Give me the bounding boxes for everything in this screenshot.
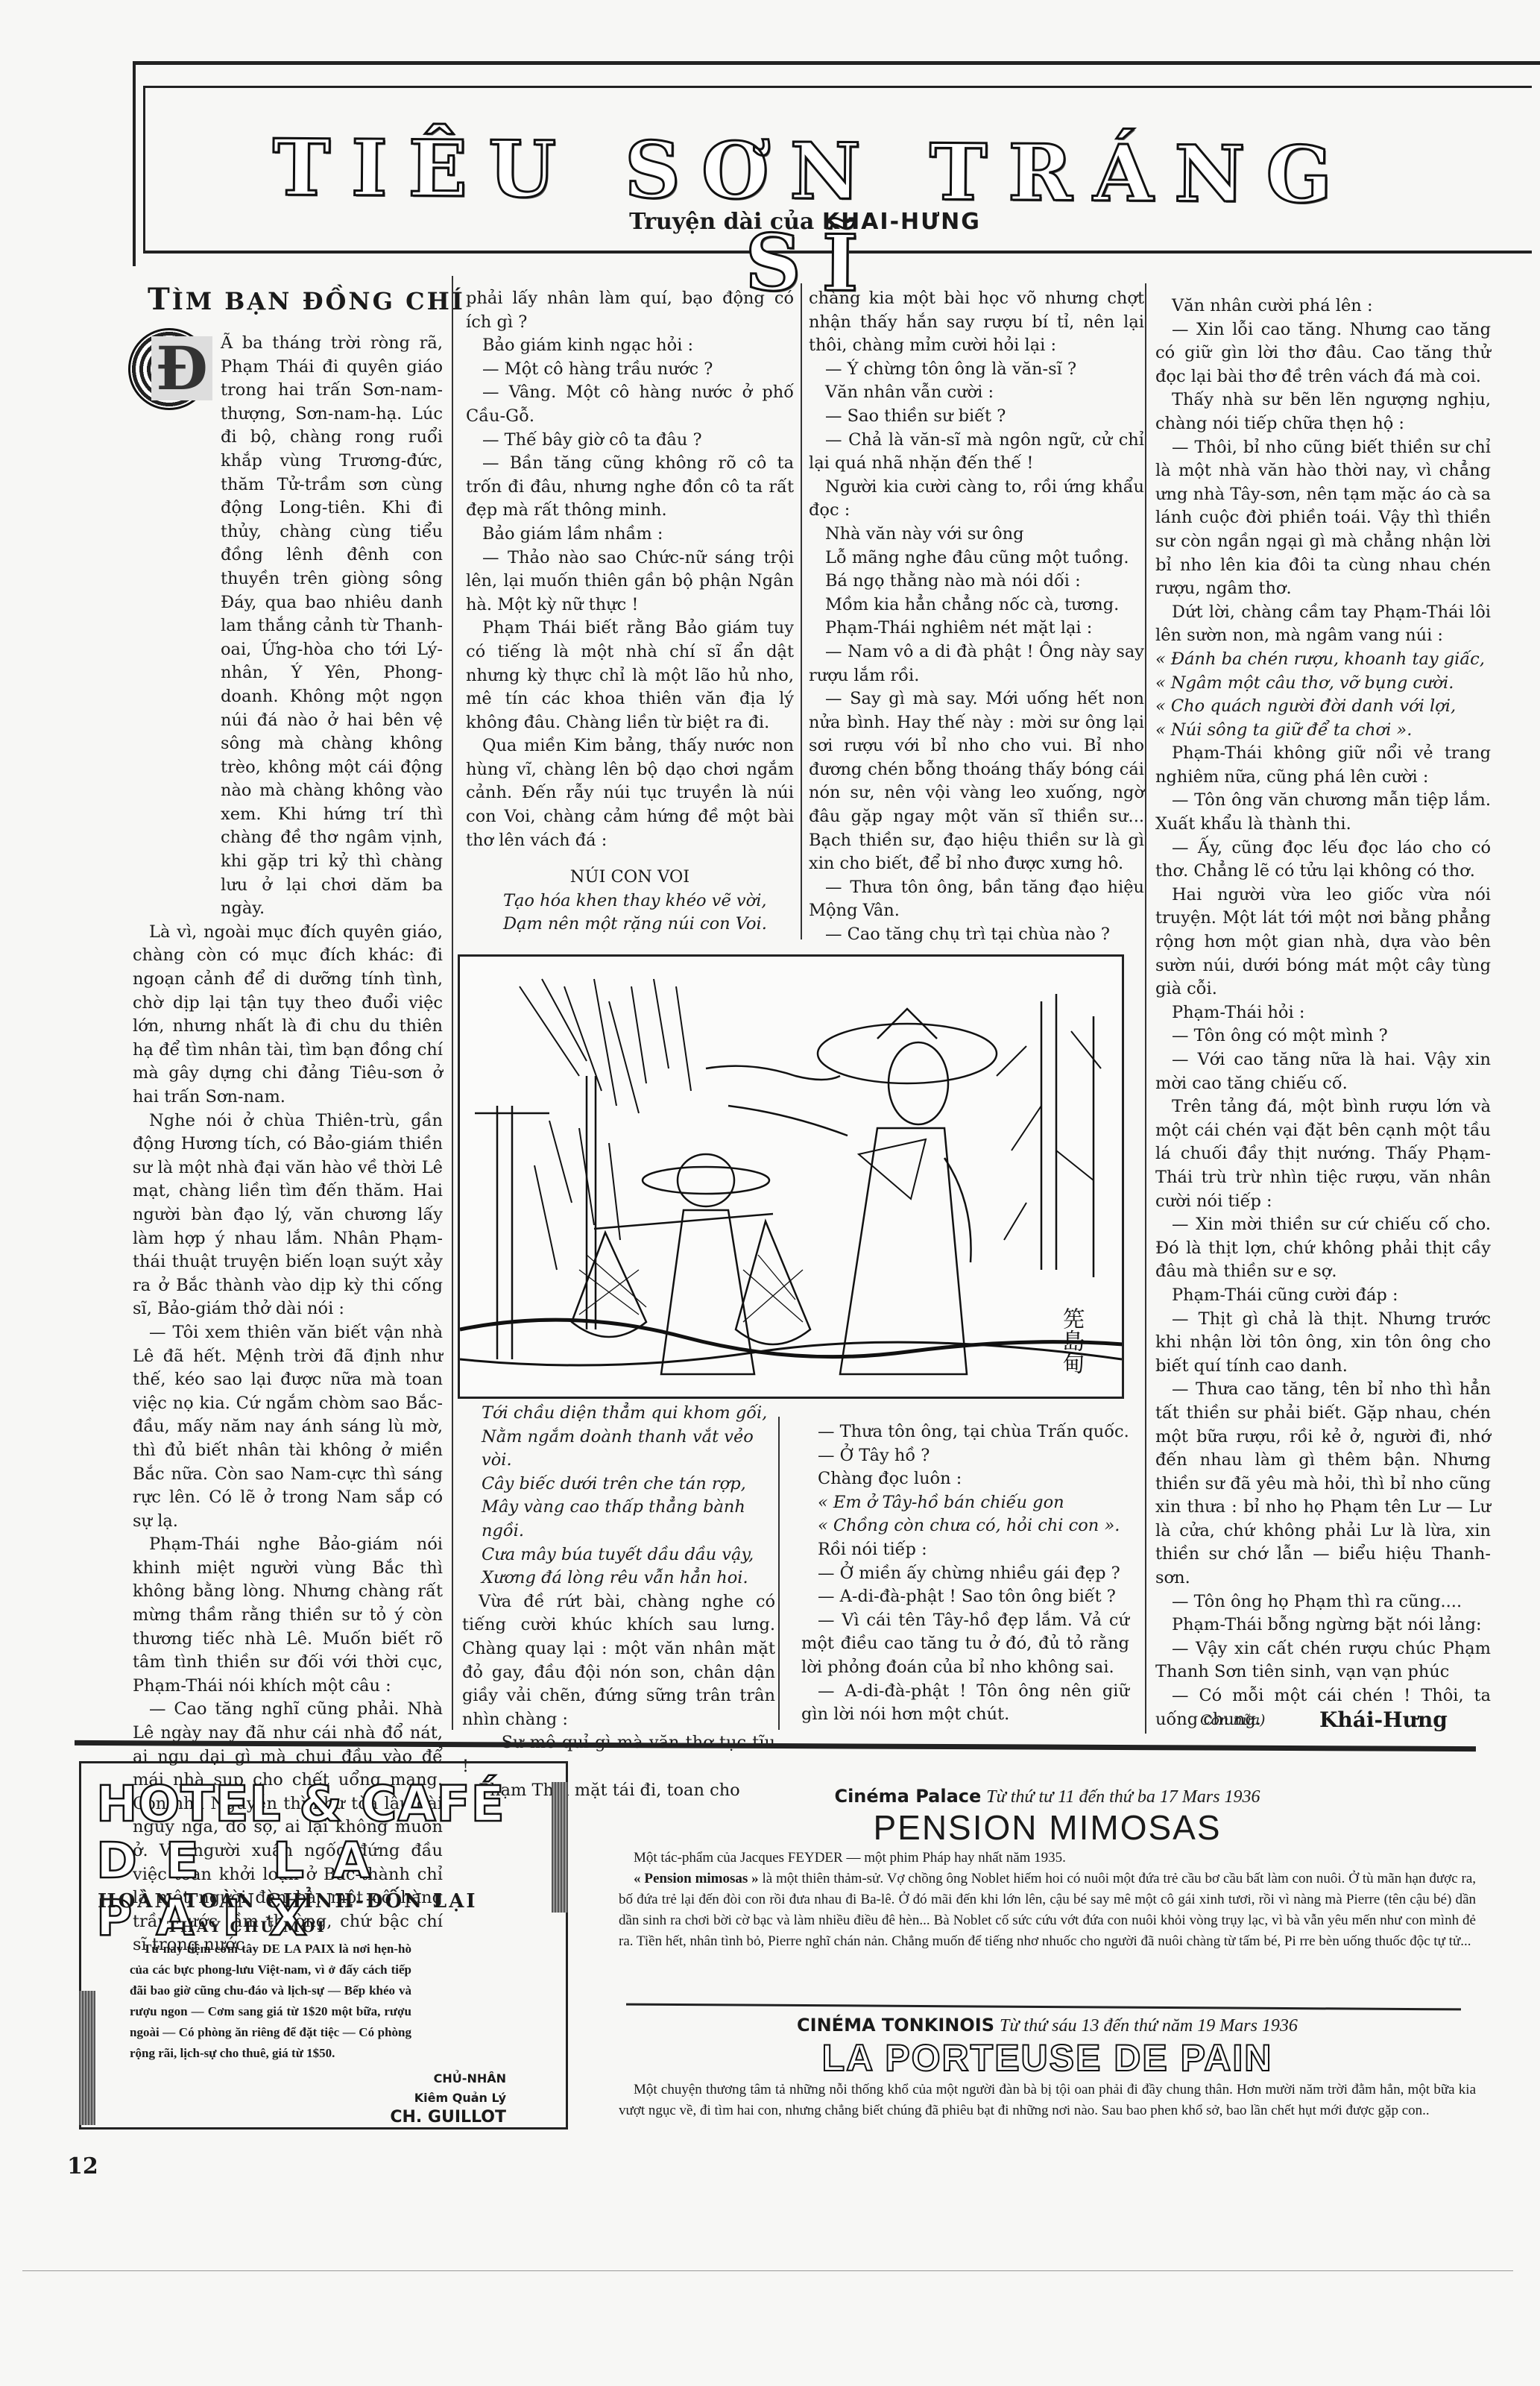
paragraph: phải lấy nhân làm quí, bạo động có ích g… [466,287,794,334]
column-divider [778,1417,780,1730]
paragraph: — Vì cái tên Tây-hồ đẹp lắm. Vả cứ một đ… [801,1609,1129,1680]
paragraph: Phạm-Thái nghiêm nét mặt lại : [809,617,1144,640]
paragraph: — Thảo nào sao Chức-nữ sáng trội lên, lạ… [466,547,794,617]
poem-line: Dạm nên một rặng núi con Voi. [466,913,794,937]
ad-hotel-sign-name: CH. GUILLOT [390,2108,506,2127]
paragraph: — Nam vô a di đà phật ! Ông này say rượu… [809,640,1144,687]
cinema-palace-synopsis: « Pension mimosas » là một thiên thảm-sử… [619,1869,1476,1952]
paragraph: Là vì, ngoài mục đích quyên giáo, chàng … [133,921,443,1109]
cinema-palace-film-name: « Pension mimosas » [634,1871,759,1886]
article-column-2: phải lấy nhân làm quí, bạo động có ích g… [466,287,794,937]
cinema-tonkinois-header: CINÉMA TONKINOIS Từ thứ sáu 13 đến thứ n… [619,2015,1476,2036]
column-divider [1145,283,1146,1734]
ad-divider [626,2003,1461,2011]
paragraph: — Một cô hàng trầu nước ? [466,358,794,382]
paragraph: Vừa đề rứt bài, chàng nghe có tiếng cười… [462,1590,775,1732]
illustrator-signature: 筅島甸 [1058,1307,1085,1374]
quote-line: « Ngâm một câu thơ, vỡ bụng cười. [1155,672,1491,696]
cinema-palace-advertisement: Cinéma Palace Từ thứ tư 11 đến thứ ba 17… [619,1786,1476,1952]
ad-hotel-sign-role: Kiêm Quản Lý [390,2088,506,2108]
paragraph: Dứt lời, chàng cầm tay Phạm-Thái lôi lên… [1155,601,1491,648]
paragraph: — Tôn ông có một mình ? [1155,1024,1491,1048]
scan-edge-line [22,2270,1513,2271]
cinema-palace-description: Một tác-phẩm của Jacques FEYDER — một ph… [619,1848,1476,1952]
ad-hotel-body: Từ nay tiệm cơm tây DE LA PAIX là nơi hẹ… [130,1939,411,2064]
paragraph: — Bần tăng cũng không rõ cô ta trốn đi đ… [466,452,794,523]
paragraph: Phạm-Thái nghe Bảo-giám nói khinh miệt n… [133,1533,443,1698]
paragraph: Người kia cười càng to, rồi ứng khẩu đọc… [809,476,1144,523]
paragraph: — Xin lỗi cao tăng. Nhưng cao tăng có gi… [1155,318,1491,389]
paragraph: — Ý chừng tôn ông là văn-sĩ ? [809,358,1144,382]
ad-hotel-subheadline: HOÀN TOÀN CHỈNH-ĐỐN LẠI [98,1890,478,1913]
paragraph: Trên tảng đá, một bình rượu lớn và một c… [1155,1095,1491,1213]
cinema-tonkinois-synopsis: Một chuyện thương tâm tả những nỗi thống… [619,2080,1476,2121]
quote-line: « Núi sông ta giữ để ta chơi ». [1155,719,1491,743]
paragraph: — Ấy, cũng đọc lếu đọc láo cho có thơ. C… [1155,837,1491,884]
paragraph: — Chả là văn-sĩ mà ngôn ngữ, cử chỉ lại … [809,429,1144,476]
chapter-heading: TÌM BẠN ĐỒNG CHÍ [148,282,465,317]
paragraph: — Say gì mà say. Mới uống hết non nửa bì… [809,687,1144,876]
paragraph: — Tôn ông họ Phạm thì ra cũng.... [1155,1590,1491,1614]
column-divider [801,283,802,939]
quote-line: « Chồng còn chưa có, hỏi chi con ». [801,1514,1129,1538]
serial-subtitle: Truyện dài của KHAI-HƯNG [209,209,1401,235]
paragraph: — Sao thiền sư biết ? [809,405,1144,429]
poem-title: NÚI CON VOI [466,866,794,890]
illustration-monk-and-servant: 筅島甸 [460,957,1122,1397]
poem-line: Tạo hóa khen thay khéo vẽ vời, [466,890,794,913]
paragraph: — A-di-đà-phật ! Tôn ông nên giữ gìn lời… [801,1680,1129,1727]
paragraph: Hai người vừa leo giốc vừa nói truyện. M… [1155,884,1491,1001]
cinema-palace-credit: Một tác-phẩm của Jacques FEYDER — một ph… [619,1848,1476,1869]
paragraph: Qua miền Kim bảng, thấy nước non hùng vĩ… [466,734,794,852]
paragraph: — Thưa cao tăng, tên bỉ nho thì hẳn tất … [1155,1378,1491,1590]
paragraph: — Thôi, bỉ nho cũng biết thiền sư chỉ là… [1155,436,1491,601]
author-signature: Khái-Hưng [1319,1707,1448,1732]
page-number: 12 [67,2153,98,2179]
paragraph: Phạm-Thái không giữ nổi vẻ trang nghiêm … [1155,742,1491,789]
ad-border-ornament [552,1782,568,1913]
cinema-tonkinois-venue: CINÉMA TONKINOIS [797,2015,994,2036]
paragraph: Thấy nhà sư bẽn lẽn ngượng nghịu, chàng … [1155,388,1491,435]
paragraph: — Vậy xin cất chén rượu chúc Phạm Thanh … [1155,1637,1491,1684]
paragraph: Phạm-Thái hỏi : [1155,1001,1491,1025]
paragraph: — Ở Tây hồ ? [801,1444,1129,1468]
cinema-tonkinois-advertisement: CINÉMA TONKINOIS Từ thứ sáu 13 đến thứ n… [619,2015,1476,2121]
paragraph: — Tôn ông văn chương mẫn tiệp lắm. Xuất … [1155,789,1491,836]
paragraph: — Vâng. Một cô hàng nước ở phố Cầu-Gỗ. [466,381,794,428]
cinema-palace-header: Cinéma Palace Từ thứ tư 11 đến thứ ba 17… [619,1786,1476,1807]
ad-hotel-tagline: THAY CHỦ MỚI [167,1918,326,1936]
cinema-palace-venue: Cinéma Palace [834,1786,981,1807]
verse-line: Lỗ mãng nghe đâu cũng một tuồng. [809,547,1144,570]
ad-hotel-headline-1: HOTEL & CAFÉ [96,1778,505,1831]
paragraph: — Thưa tôn ông, tại chùa Trấn quốc. [801,1420,1129,1444]
author-name: KHAI-HƯNG [822,209,981,235]
paragraph: Phạm-Thái cũng cười đáp : [1155,1284,1491,1308]
article-column-3-lower: — Thưa tôn ông, tại chùa Trấn quốc. — Ở … [801,1420,1129,1727]
verse-line: Nhà văn này với sư ông [809,523,1144,547]
subtitle-prefix: Truyện dài của [629,209,814,235]
cinema-tonkinois-film-title: LA PORTEUSE DE PAIN [619,2036,1476,2080]
verse-line: Bá ngọ thằng nào mà nói dối : [809,570,1144,594]
paragraph: — Thịt gì chả là thịt. Nhưng trước khi n… [1155,1308,1491,1379]
paragraph: — Ở miền ấy chừng nhiều gái đẹp ? [801,1562,1129,1586]
paragraph: Ã ba tháng trời ròng rã, Phạm Thái đi qu… [133,332,443,921]
hotel-cafe-advertisement: HOTEL & CAFÉ DE LA PAIX HOÀN TOÀN CHỈNH-… [79,1761,568,2130]
paragraph: — Với cao tăng nữa là hai. Vậy xin mời c… [1155,1048,1491,1095]
quote-line: « Đánh ba chén rượu, khoanh tay giấc, [1155,648,1491,672]
paragraph: — Xin mời thiền sư cứ chiếu cố cho. Đó l… [1155,1213,1491,1284]
ad-hotel-sign-title: CHỦ-NHÂN [390,2069,506,2088]
poem-line: Tới chầu diện thẳm qui khom gối, [462,1402,775,1426]
paragraph: — Thế bây giờ cô ta đâu ? [466,429,794,453]
chapter-heading-initial: T [148,282,172,317]
paragraph: Phạm-Thái bỗng ngừng bặt nói lảng: [1155,1614,1491,1637]
paragraph: — Tôi xem thiên văn biết vận nhà Lê đã h… [133,1321,443,1533]
verse-line: Mồm kia hẳn chẳng nốc cà, tương. [809,594,1144,617]
paragraph: — Thưa tôn ông, bần tăng đạo hiệu Mộng V… [809,876,1144,923]
poem-line: Xương đá lòng rêu vẫn hẳn hoi. [462,1567,775,1590]
paragraph: Bảo giám lầm nhầm : [466,523,794,547]
paragraph: Phạm Thái biết rằng Bảo giám tuy có tiến… [466,617,794,734]
woodcut-illustration: 筅島甸 [458,954,1124,1399]
cinema-tonkinois-description: Một chuyện thương tâm tả những nỗi thống… [619,2080,1476,2121]
article-column-3: chàng kia một bài học võ nhưng chợt nhận… [809,287,1144,947]
paragraph: Rồi nói tiếp : [801,1538,1129,1562]
paragraph: Văn nhân vẫn cười : [809,381,1144,405]
poem-line: Mây vàng cao thấp thẳng bành ngồi. [462,1496,775,1543]
paragraph: Nghe nói ở chùa Thiên-trù, gần động Hươn… [133,1109,443,1321]
paragraph: — A-di-đà-phật ! Sao tôn ông biết ? [801,1585,1129,1609]
paragraph: Chàng đọc luôn : [801,1467,1129,1491]
quote-line: « Cho quách người đời danh với lợi, [1155,695,1491,719]
cinema-palace-film-title: PENSION MIMOSAS [619,1807,1476,1848]
article-column-4: Văn nhân cười phá lên : — Xin lỗi cao tă… [1155,295,1491,1731]
poem-line: Cưa mây búa tuyết dầu dầu vậy, [462,1543,775,1567]
column-divider [452,276,453,1730]
article-column-1: Ã ba tháng trời ròng rã, Phạm Thái đi qu… [133,332,443,1957]
poem-line: Cây biếc dưới trên che tán rợp, [462,1473,775,1496]
ad-border-ornament [79,1991,95,2125]
paragraph: — Cao tăng chụ trì tại chùa nào ? [809,923,1144,947]
paragraph: Văn nhân cười phá lên : [1155,295,1491,318]
to-be-continued: Còn nữa) [1200,1712,1265,1728]
paragraph: chàng kia một bài học võ nhưng chợt nhận… [809,287,1144,358]
quote-line: « Em ở Tây-hồ bán chiếu gon [801,1491,1129,1515]
cinema-palace-dates: Từ thứ tư 11 đến thứ ba 17 Mars 1936 [986,1787,1260,1807]
chapter-heading-rest: ÌM BẠN ĐỒNG CHÍ [172,287,465,315]
cinema-tonkinois-dates: Từ thứ sáu 13 đến thứ năm 19 Mars 1936 [1000,2016,1298,2036]
ad-hotel-proprietor: CHỦ-NHÂN Kiêm Quản Lý CH. GUILLOT [390,2069,506,2127]
paragraph: Bảo giám kinh ngạc hỏi : [466,334,794,358]
poem-line: Nằm ngắm doành thanh vắt vẻo vòi. [462,1426,775,1473]
